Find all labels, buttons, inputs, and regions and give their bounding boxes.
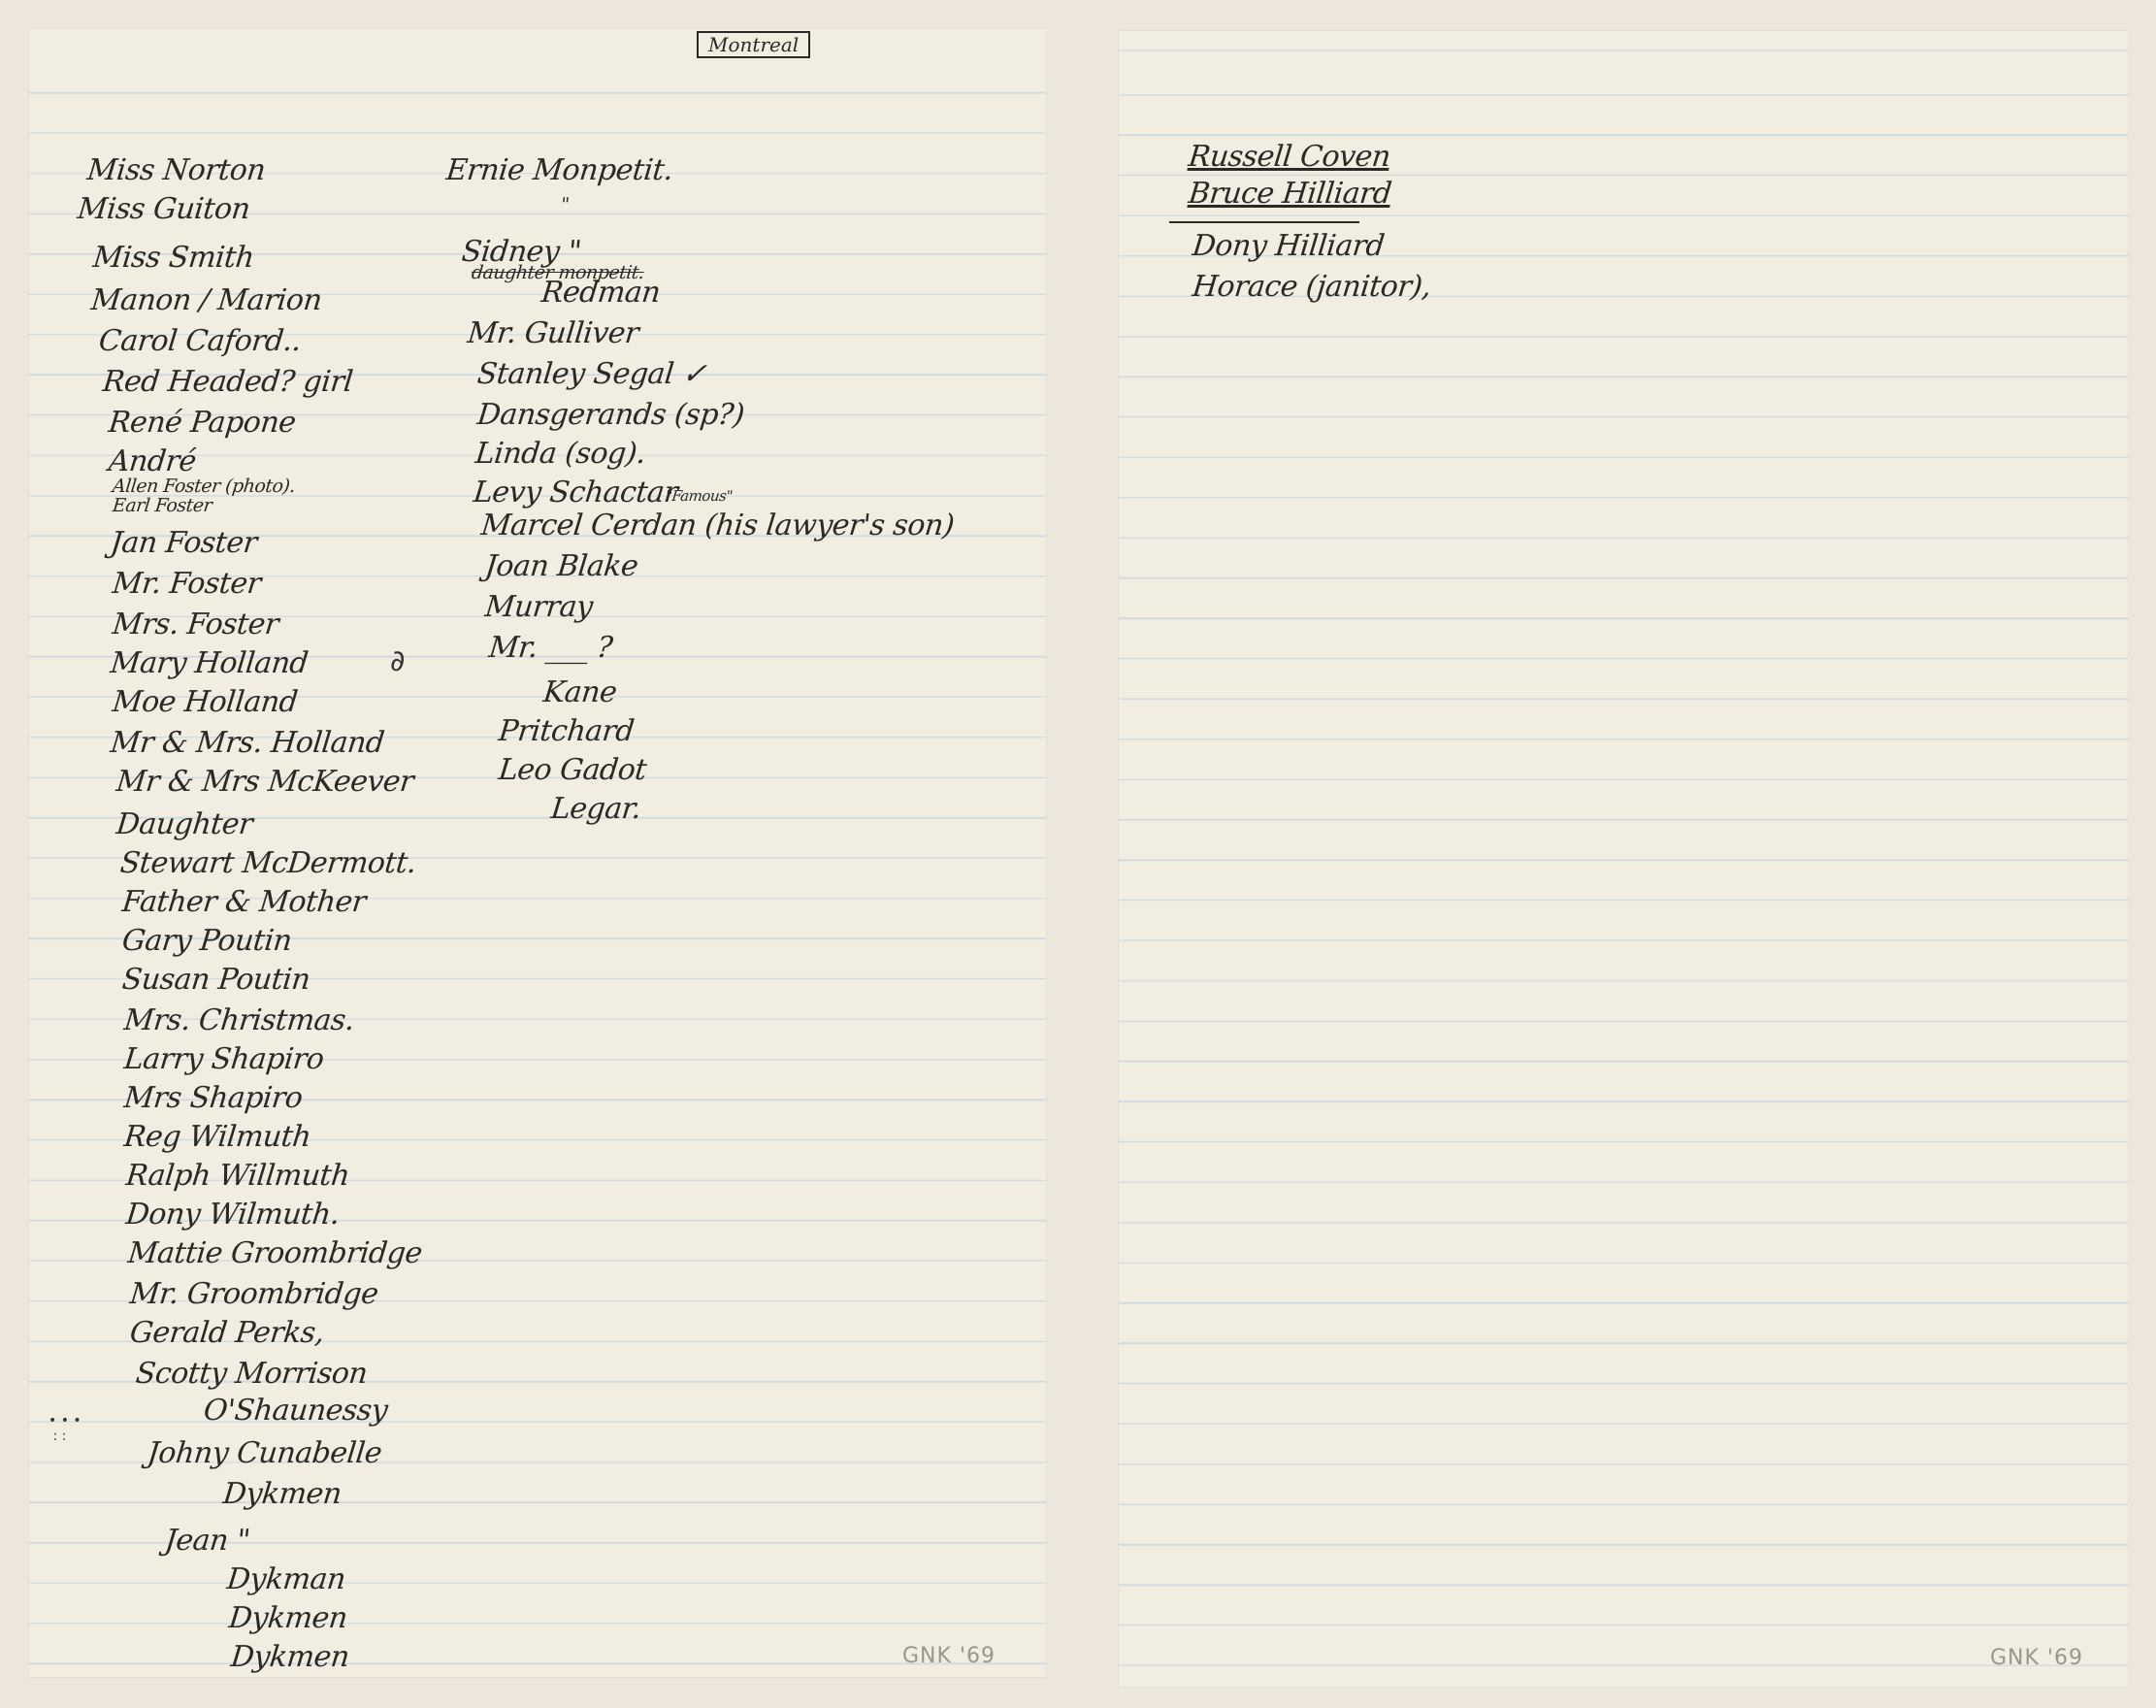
list-item: Dykmen [227, 1601, 348, 1635]
list-item: Johny Cunabelle [146, 1436, 383, 1470]
list-item: Gary Poutin [120, 924, 293, 958]
list-item: Dony Hilliard [1191, 229, 1386, 263]
list-item: Allen Foster (photo). [112, 476, 296, 497]
list-item: Mr. Groombridge [128, 1277, 379, 1311]
left-notebook-page: Montreal Miss Norton Miss Guiton Miss Sm… [29, 29, 1046, 1677]
list-item: Susan Poutin [120, 963, 311, 997]
list-item: Redman [539, 276, 662, 310]
list-item: Red Headed? girl [101, 365, 354, 399]
artist-signature: GNK '69 [902, 1644, 996, 1668]
list-item: Ernie Monpetit. [444, 153, 674, 187]
list-item: Mr & Mrs McKeever [114, 765, 415, 799]
list-item: Dansgerands (sp?) [475, 398, 746, 432]
list-item: Stewart McDermott. [118, 846, 417, 880]
list-item: Joan Blake [483, 549, 639, 583]
list-item: Mrs. Foster [111, 608, 279, 641]
list-item: Linda (sog). [474, 437, 647, 471]
artist-signature: GNK '69 [1990, 1646, 2083, 1670]
stray-dots: • • • : : [49, 1413, 82, 1444]
list-item: Moe Holland [111, 685, 299, 719]
list-item: Carol Caford.. [97, 324, 303, 358]
list-item: Miss Norton [85, 153, 267, 187]
list-item: Miss Guiton [76, 192, 251, 226]
list-item: Reg Wilmuth [122, 1120, 312, 1154]
list-item: Horace (janitor), [1191, 270, 1432, 304]
annotation: "Famous" [665, 487, 734, 505]
list-item: Bruce Hilliard [1187, 177, 1392, 211]
list-item: Jean " [163, 1524, 251, 1558]
right-notebook-page: Russell Coven Bruce Hilliard Dony Hillia… [1119, 31, 2128, 1687]
list-item: Marcel Cerdan (his lawyer's son) [479, 509, 956, 542]
list-item: Father & Mother [120, 885, 367, 919]
ditto-mark: " [560, 194, 571, 215]
loop-mark: ∂ [390, 644, 406, 678]
list-item: Scotty Morrison [134, 1357, 369, 1391]
list-item: Mr. ___ ? [487, 631, 614, 665]
list-item: Gerald Perks, [128, 1316, 326, 1350]
list-item: Miss Smith [91, 241, 255, 275]
list-item: Dykman [225, 1562, 347, 1596]
list-item: Kane [541, 675, 618, 709]
list-item: Earl Foster [112, 495, 213, 516]
list-item: Stanley Segal ✓ [475, 357, 707, 391]
list-item: Murray [483, 590, 594, 624]
list-item: O'Shaunessy [202, 1394, 389, 1428]
list-item: Mrs. Christmas. [122, 1003, 356, 1037]
list-item: Dykmen [221, 1477, 343, 1511]
list-item: Jan Foster [109, 526, 258, 560]
list-item: Dykmen [229, 1640, 350, 1674]
list-item: Levy Schactar [472, 476, 679, 509]
list-item: Pritchard [497, 714, 636, 748]
list-item: Mattie Groombridge [126, 1236, 423, 1270]
list-item: René Papone [107, 406, 297, 440]
list-item: Daughter [114, 807, 254, 841]
list-item: Mr & Mrs. Holland [109, 726, 385, 760]
list-item: Manon / Marion [89, 283, 323, 317]
list-item: Dony Wilmuth. [124, 1198, 341, 1232]
list-item: Mary Holland [109, 646, 310, 680]
list-item: Russell Coven [1187, 140, 1391, 174]
list-item: Larry Shapiro [122, 1042, 325, 1076]
list-item: André [107, 444, 197, 478]
list-item: Ralph Willmuth [124, 1159, 351, 1193]
list-item: Legar. [549, 792, 642, 826]
list-item: Mrs Shapiro [122, 1081, 304, 1115]
list-item: Mr. Gulliver [466, 316, 640, 350]
list-item: Mr. Foster [111, 567, 262, 601]
heading-montreal: Montreal [697, 31, 810, 58]
list-item: Leo Gadot [497, 753, 648, 787]
divider-line [1169, 221, 1359, 223]
